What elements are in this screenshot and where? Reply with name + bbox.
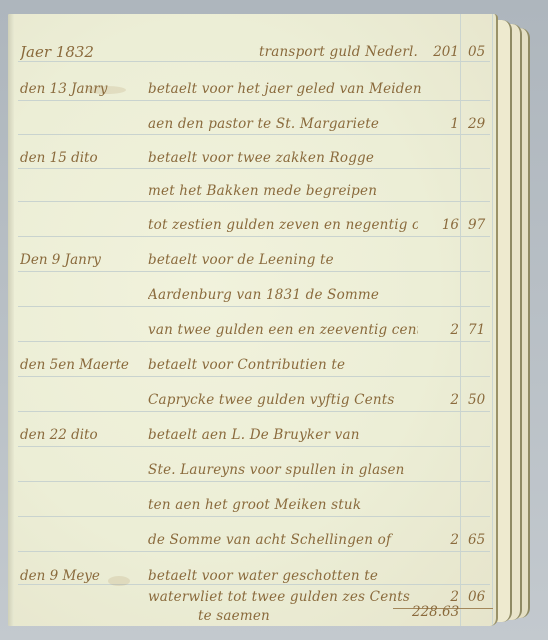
- carry-forward-guilders: 201: [423, 40, 459, 64]
- entry-guilders: 1: [423, 112, 459, 136]
- grand-total: 228.63: [412, 604, 494, 620]
- total-note: te saemen: [198, 604, 318, 626]
- entry-date: den 15 dito: [20, 146, 145, 170]
- header-row: Jaer 1832 transport guld Nederl. 201 05: [8, 40, 496, 64]
- entry-row: den 13 Janry betaelt voor het jaer geled…: [8, 77, 496, 101]
- entry-text: ten aen het groot Meiken stuk: [148, 493, 458, 517]
- entry-guilders: 2: [423, 528, 459, 552]
- entry-row: van twee gulden een en zeeventig cents 2…: [8, 318, 496, 342]
- entry-text: aen den pastor te St. Margariete: [148, 112, 458, 136]
- entry-text: betaelt voor het jaer geled van Meiden: [148, 77, 458, 101]
- carry-forward-cents: 05: [468, 40, 494, 64]
- entry-row: den 22 dito betaelt aen L. De Bruyker va…: [8, 423, 496, 447]
- entry-guilders: 16: [423, 213, 459, 237]
- ledger-page: Jaer 1832 transport guld Nederl. 201 05 …: [8, 14, 498, 626]
- entry-date: den 13 Janry: [20, 77, 145, 101]
- entry-row: Caprycke twee gulden vyftig Cents 2 50: [8, 388, 496, 412]
- entry-text: betaelt voor twee zakken Rogge: [148, 146, 458, 170]
- entry-text: Caprycke twee gulden vyftig Cents: [148, 388, 458, 412]
- entry-guilders: 2: [423, 388, 459, 412]
- entry-date: den 22 dito: [20, 423, 145, 447]
- entry-text: betaelt aen L. De Bruyker van: [148, 423, 458, 447]
- year-label: Jaer 1832: [20, 40, 145, 64]
- entry-cents: 29: [468, 112, 494, 136]
- carry-forward-text: transport guld Nederl.: [148, 40, 418, 64]
- entry-text: Ste. Laureyns voor spullen in glasen: [148, 458, 458, 482]
- entry-row: ten aen het groot Meiken stuk: [8, 493, 496, 517]
- entry-cents: 71: [468, 318, 494, 342]
- entry-text: Aardenburg van 1831 de Somme: [148, 283, 458, 307]
- entry-row: Ste. Laureyns voor spullen in glasen: [8, 458, 496, 482]
- entry-row: aen den pastor te St. Margariete 1 29: [8, 112, 496, 136]
- entry-row: de Somme van acht Schellingen of 2 65: [8, 528, 496, 552]
- entry-cents: 50: [468, 388, 494, 412]
- ledger-photo: Jaer 1832 transport guld Nederl. 201 05 …: [0, 0, 548, 640]
- entry-row: Den 9 Janry betaelt voor de Leening te: [8, 248, 496, 272]
- entry-text: tot zestien gulden zeven en negentig cen…: [148, 213, 418, 237]
- entry-text: de Somme van acht Schellingen of: [148, 528, 418, 552]
- entry-cents: 65: [468, 528, 494, 552]
- entry-text: betaelt voor de Leening te: [148, 248, 458, 272]
- entry-row: met het Bakken mede begreipen: [8, 179, 496, 203]
- entry-row: den 15 dito betaelt voor twee zakken Rog…: [8, 146, 496, 170]
- entry-text: met het Bakken mede begreipen: [148, 179, 458, 203]
- entry-date: Den 9 Janry: [20, 248, 145, 272]
- entry-text: van twee gulden een en zeeventig cents: [148, 318, 418, 342]
- entry-row: den 5en Maerte betaelt voor Contributien…: [8, 353, 496, 377]
- entry-date: den 5en Maerte: [20, 353, 145, 377]
- entry-row: tot zestien gulden zeven en negentig cen…: [8, 213, 496, 237]
- entry-cents: 97: [468, 213, 494, 237]
- entry-text: betaelt voor Contributien te: [148, 353, 458, 377]
- entry-guilders: 2: [423, 318, 459, 342]
- entry-row: Aardenburg van 1831 de Somme: [8, 283, 496, 307]
